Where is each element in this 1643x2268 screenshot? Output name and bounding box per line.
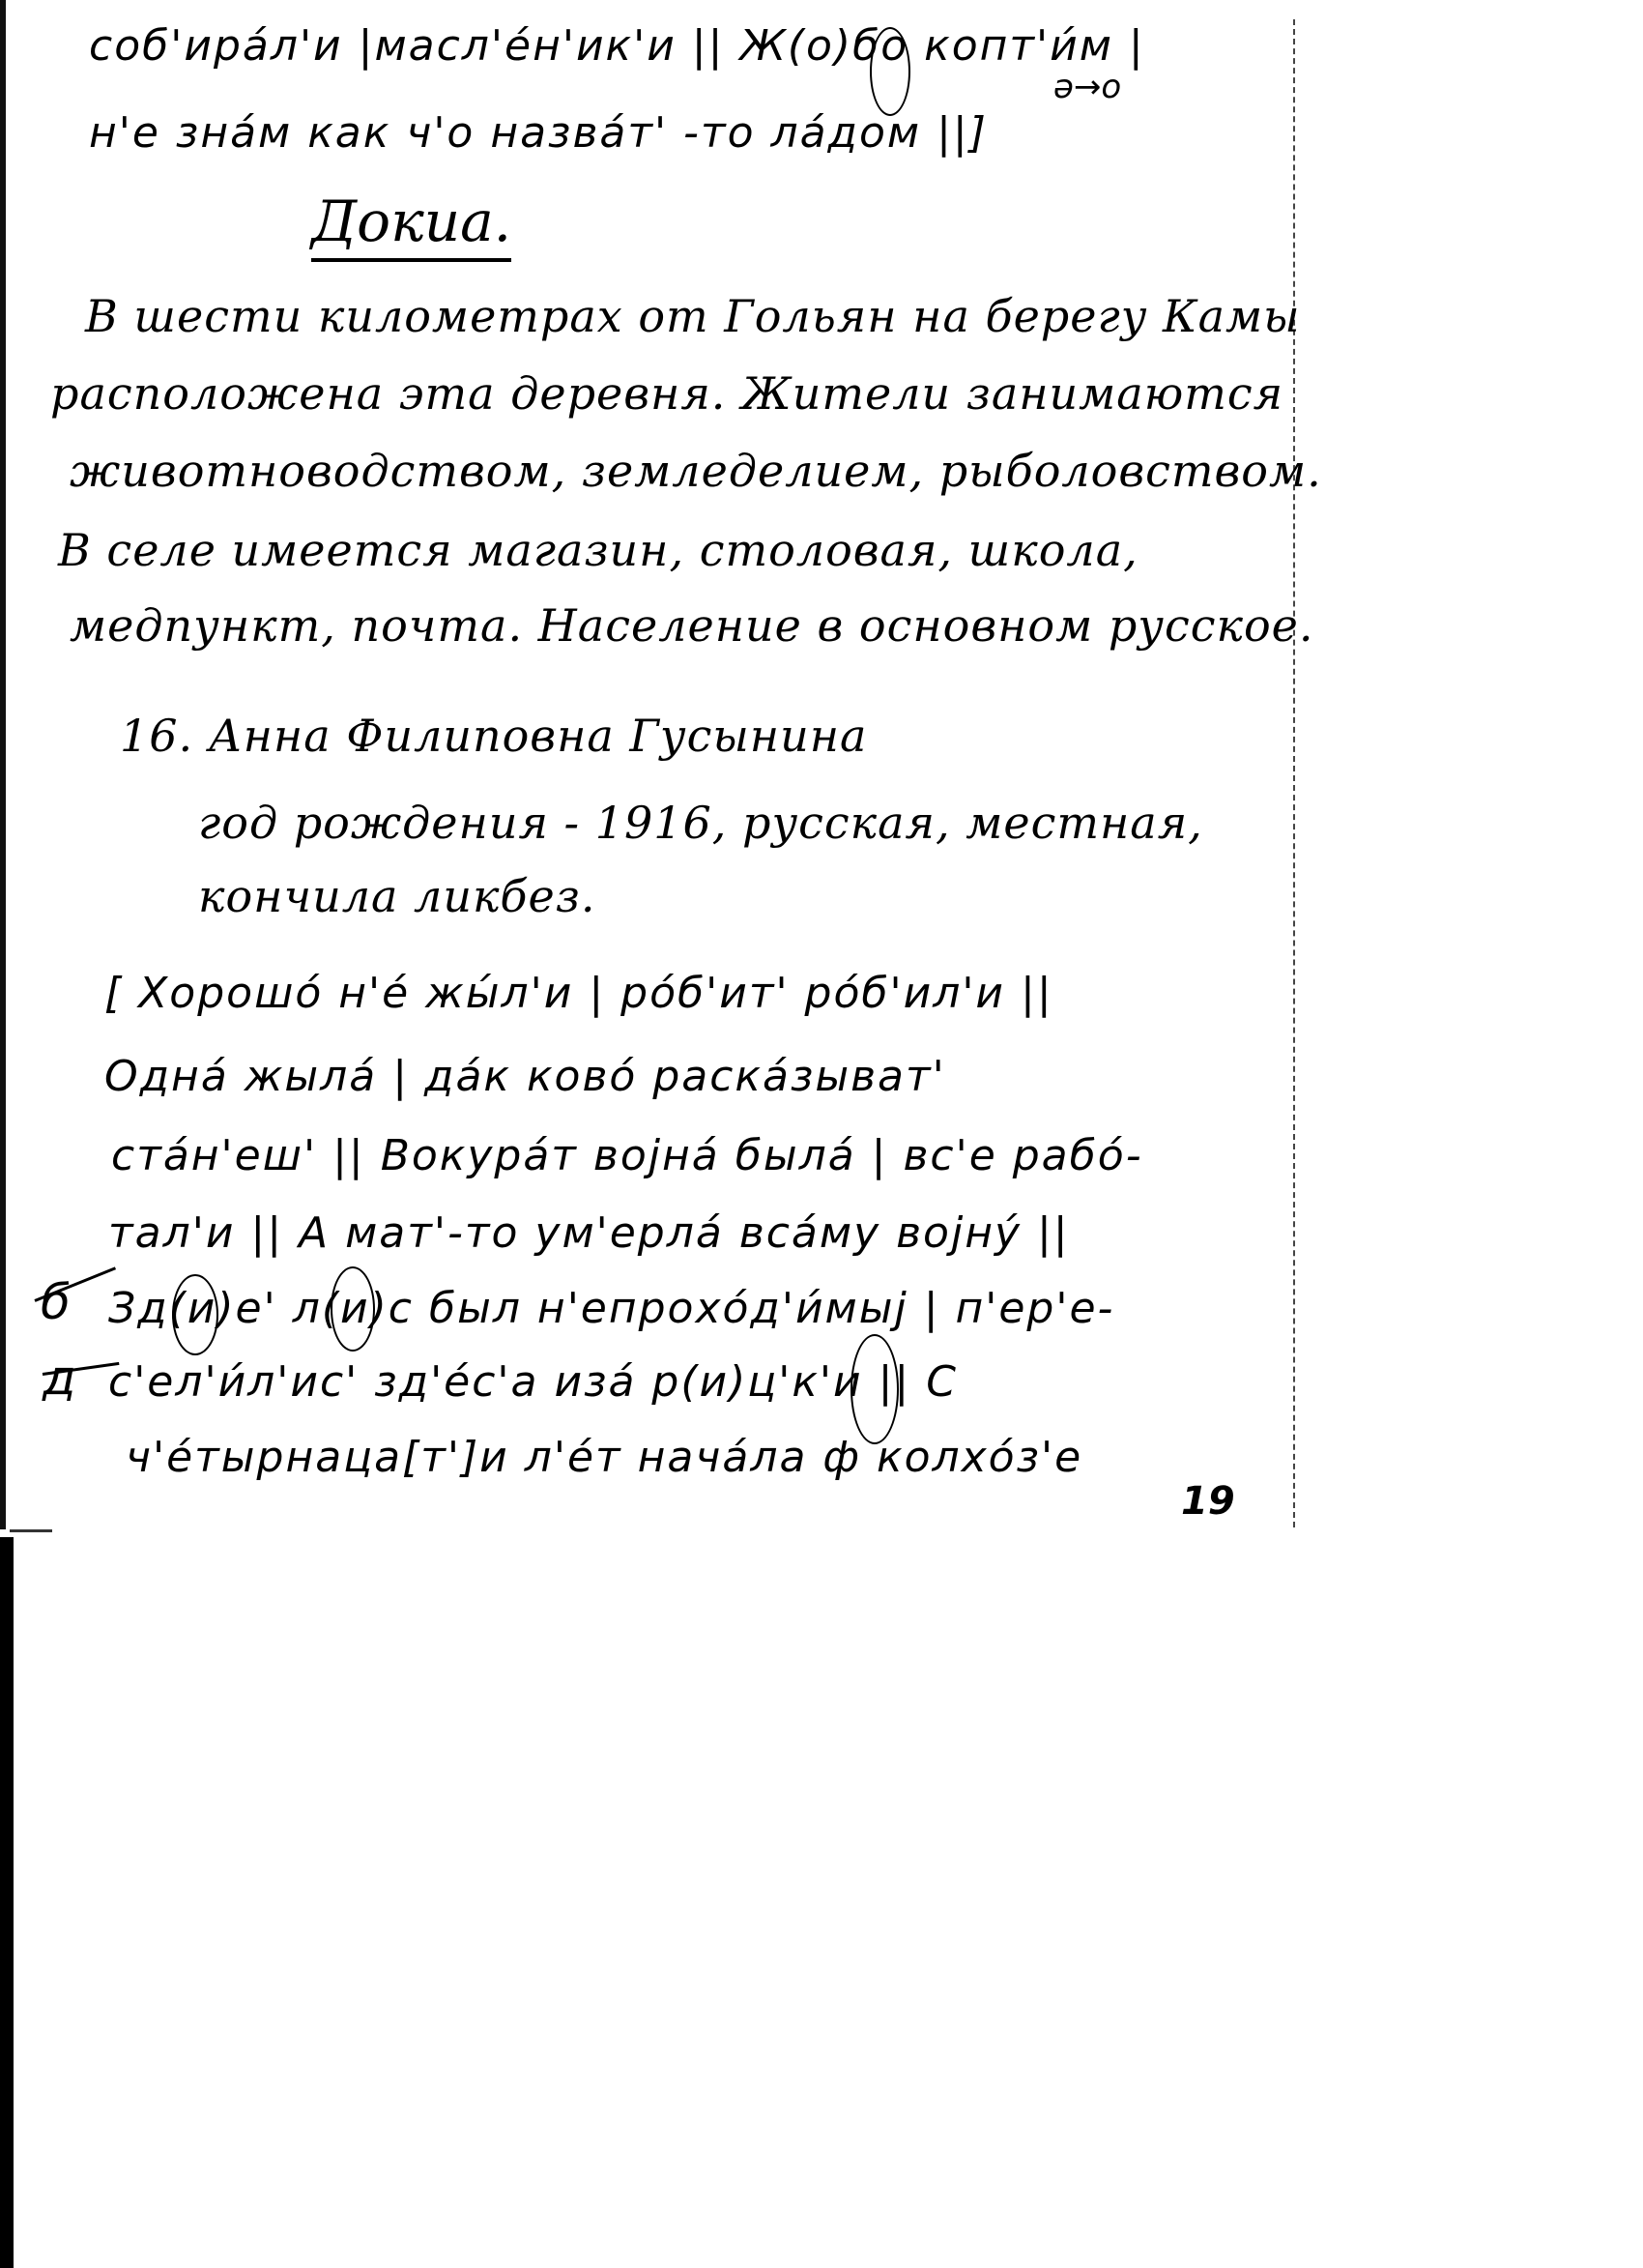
transcription-line-2: Одна́ жыла́ | да́к ково́ раска́зыват' — [104, 1052, 946, 1101]
transcription-line-1: [ Хорошо́ н'е́ жы́л'и | ро́б'ит' ро́б'ил… — [104, 969, 1053, 1018]
informant-details-1: год рождения - 1916, русская, местная, — [198, 797, 1203, 849]
informant-details-2: кончила ликбез. — [198, 870, 595, 922]
transcription-line-4: тал'и || А мат'-то ум'ерла́ вса́му воjну… — [108, 1208, 1070, 1258]
transcription-line-3: ста́н'еш' || Вокура́т воjна́ была́ | вс'… — [111, 1131, 1143, 1180]
scan-edge-left-bottom — [0, 1537, 14, 2268]
margin-mark-b: б — [41, 1274, 71, 1330]
transcription-line-7: ч'е́тырнаца[т']и л'е́т нача́ла ф колхо́з… — [126, 1433, 1082, 1482]
correction-circle — [870, 27, 910, 116]
description-line-4: В селе имеется магазин, столовая, школа, — [58, 524, 1139, 576]
page-edge-right — [1293, 19, 1295, 1527]
scan-edge-left — [0, 0, 6, 1529]
transcription-line-6: с'ел'и́л'ис' зд'е́с'а иза́ р(и)ц'к'и || … — [108, 1357, 958, 1407]
correction-circle — [850, 1334, 899, 1444]
correction-circle — [331, 1266, 375, 1352]
description-line-5: медпункт, почта. Население в основном ру… — [70, 599, 1314, 652]
transcription-line-5: Зд(и)е' л(и)с был н'епрохо́д'и́мыj | п'е… — [108, 1284, 1114, 1333]
correction-annotation: ə→о — [1053, 68, 1121, 106]
description-line-3: животноводством, земледелием, рыболовств… — [70, 445, 1322, 497]
fragment-line-1: соб'ира́л'и |масл'е́н'ик'и || Ж(о)бо коп… — [89, 21, 1145, 71]
scan-artifact — [10, 1529, 52, 1532]
scanned-page: соб'ира́л'и |масл'е́н'ик'и || Ж(о)бо коп… — [0, 0, 1295, 1529]
description-line-1: В шести километрах от Гольян на берегу К… — [85, 290, 1301, 342]
margin-mark-d: д — [43, 1350, 76, 1406]
description-line-2: расположена эта деревня. Жители занимают… — [50, 367, 1283, 420]
page-number: 19 — [1181, 1479, 1235, 1524]
correction-circle — [172, 1274, 218, 1355]
informant-heading: 16. Анна Филиповна Гусынина — [120, 710, 867, 762]
fragment-line-2: н'е зна́м как ч'о назва́т' -то ла́дом ||… — [89, 108, 988, 158]
section-title: Докиа. — [311, 189, 511, 262]
